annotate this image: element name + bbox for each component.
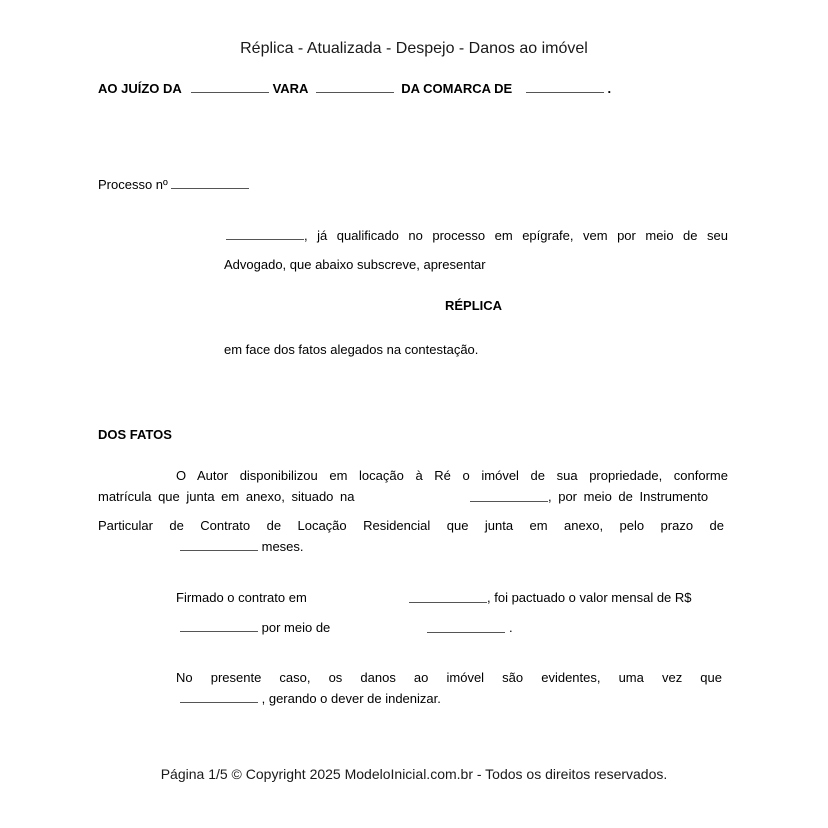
paragraph-2-text-2a: por meio de [262, 620, 331, 635]
paragraph-3-line-2: , gerando o dever de indenizar. [180, 691, 441, 706]
process-label: Processo nº [98, 177, 168, 192]
rent-value-blank [180, 621, 258, 632]
intro-text-1: , já qualificado no processo em epígrafe… [304, 228, 728, 243]
paragraph-3-text-2: , gerando o dever de indenizar. [262, 691, 441, 706]
paragraph-3-line-1: No presente caso, os danos ao imóvel são… [176, 670, 722, 685]
paragraph-1-line-3: Particular de Contrato de Locação Reside… [98, 518, 724, 533]
process-number-line: Processo nº [98, 177, 249, 192]
paragraph-2-line-1: Firmado o contrato em , foi pactuado o v… [176, 590, 728, 605]
paragraph-1-line-2: matrícula que junta em anexo, situado na… [98, 489, 728, 504]
damage-description-blank [180, 692, 258, 703]
replica-heading: RÉPLICA [445, 298, 502, 313]
document-title: Réplica - Atualizada - Despejo - Danos a… [0, 40, 828, 58]
contract-term-blank [180, 540, 258, 551]
section-facts-heading: DOS FATOS [98, 427, 172, 442]
paragraph-1-text-2b: , por meio de Instrumento [548, 489, 708, 504]
intro-line-2: Advogado, que abaixo subscreve, apresent… [224, 257, 486, 272]
property-address-blank [470, 491, 548, 502]
address-comarca-label: DA COMARCA DE [401, 81, 512, 96]
party-name-blank [226, 229, 304, 240]
paragraph-1-line-1: O Autor disponibilizou em locação à Ré o… [176, 468, 728, 483]
paragraph-2-text-1b: , foi pactuado o valor mensal de R$ [487, 590, 692, 605]
paragraph-1-text-4: meses. [262, 539, 304, 554]
paragraph-1-line-4: meses. [180, 539, 304, 554]
address-court-label: AO JUÍZO DA [98, 81, 181, 96]
paragraph-2-text-2b: . [509, 620, 513, 635]
process-number-blank [171, 178, 249, 189]
court-number-blank [191, 82, 269, 93]
page-footer: Página 1/5 © Copyright 2025 ModeloInicia… [0, 766, 828, 782]
address-vara-label: VARA [273, 81, 308, 96]
intro-line-1: , já qualificado no processo em epígrafe… [226, 228, 728, 243]
contract-date-blank [409, 592, 487, 603]
payment-method-blank [427, 622, 505, 633]
intro-tail: em face dos fatos alegados na contestaçã… [224, 342, 478, 357]
address-line: AO JUÍZO DA VARA DA COMARCA DE . [98, 81, 611, 96]
comarca-blank [526, 82, 604, 93]
address-end: . [607, 81, 611, 96]
paragraph-2-text-1a: Firmado o contrato em [176, 590, 307, 605]
paragraph-1-text-2a: matrícula que junta em anexo, situado na [98, 489, 354, 504]
paragraph-2-line-2: por meio de . [180, 620, 728, 635]
vara-blank [316, 82, 394, 93]
